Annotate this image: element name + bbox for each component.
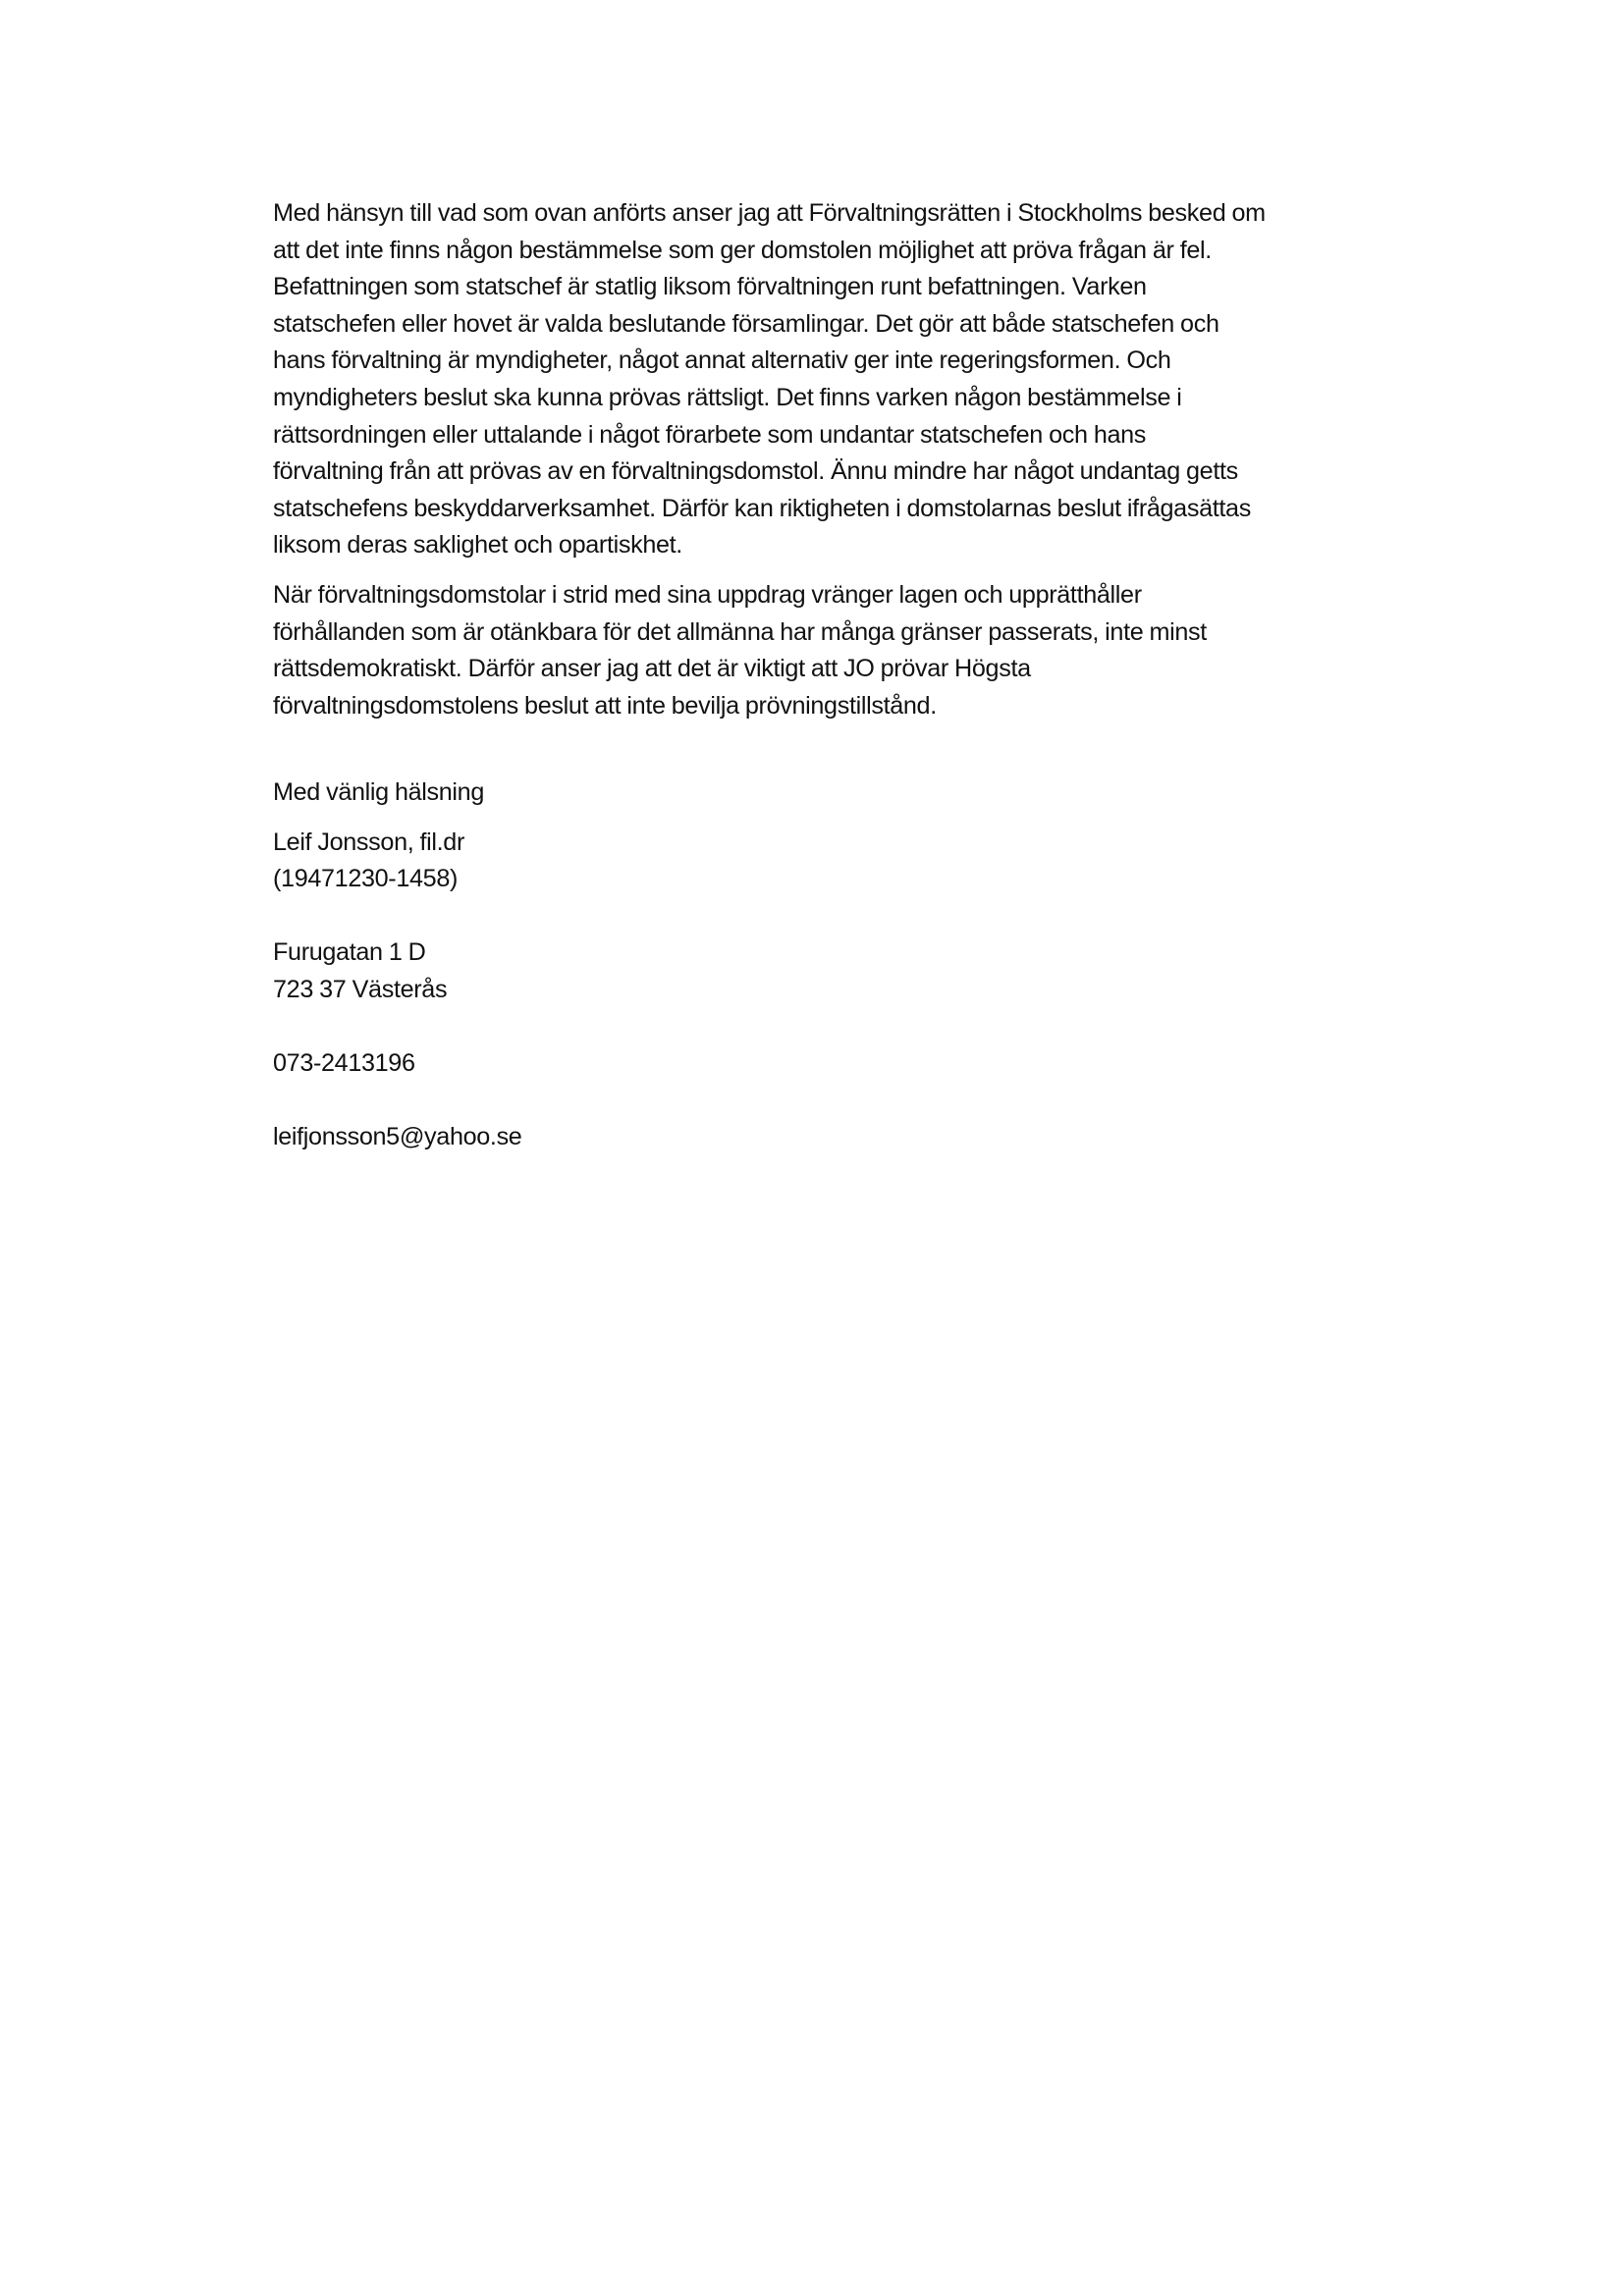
text-line: förhållanden som är otänkbara för det al…: [273, 614, 1451, 652]
text-line: Befattningen som statschef är statlig li…: [273, 269, 1451, 306]
email-address: leifjonsson5@yahoo.se: [273, 1119, 1451, 1156]
text-line: rättsdemokratiskt. Därför anser jag att …: [273, 651, 1451, 688]
text-line: rättsordningen eller uttalande i något f…: [273, 417, 1451, 454]
blank-line: [273, 724, 1451, 762]
address-street: Furugatan 1 D: [273, 934, 1451, 972]
document-page: Med hänsyn till vad som ovan anförts ans…: [0, 0, 1624, 2296]
email-block: leifjonsson5@yahoo.se: [273, 1119, 1451, 1156]
text-line: att det inte finns någon bestämmelse som…: [273, 233, 1451, 270]
address-postal-city: 723 37 Västerås: [273, 972, 1451, 1009]
text-line: hans förvaltning är myndigheter, något a…: [273, 343, 1451, 380]
paragraph-1: Med hänsyn till vad som ovan anförts ans…: [273, 195, 1451, 564]
phone-number: 073-2413196: [273, 1045, 1451, 1083]
signature-block: Leif Jonsson, fil.dr (19471230-1458): [273, 825, 1451, 898]
paragraph-spacing: [273, 762, 1451, 774]
text-line: statschefens beskyddarverksamhet. Därför…: [273, 491, 1451, 528]
signature-name: Leif Jonsson, fil.dr: [273, 825, 1451, 862]
paragraph-2: När förvaltningsdomstolar i strid med si…: [273, 577, 1451, 724]
text-line: När förvaltningsdomstolar i strid med si…: [273, 577, 1451, 614]
text-line: myndigheters beslut ska kunna prövas rät…: [273, 380, 1451, 417]
text-line: förvaltning från att prövas av en förval…: [273, 454, 1451, 491]
text-line: liksom deras saklighet och opartiskhet.: [273, 527, 1451, 564]
address-block: Furugatan 1 D 723 37 Västerås: [273, 934, 1451, 1008]
phone-block: 073-2413196: [273, 1045, 1451, 1083]
paragraph-spacing: [273, 812, 1451, 825]
paragraph-spacing: [273, 564, 1451, 577]
blank-line: [273, 1008, 1451, 1045]
letter-body: Med hänsyn till vad som ovan anförts ans…: [273, 195, 1451, 1156]
closing: Med vänlig hälsning: [273, 774, 1451, 812]
signature-personal-number: (19471230-1458): [273, 861, 1451, 898]
text-line: statschefen eller hovet är valda besluta…: [273, 306, 1451, 344]
blank-line: [273, 898, 1451, 935]
blank-line: [273, 1083, 1451, 1120]
closing-text: Med vänlig hälsning: [273, 774, 1451, 812]
text-line: Med hänsyn till vad som ovan anförts ans…: [273, 195, 1451, 233]
text-line: förvaltningsdomstolens beslut att inte b…: [273, 688, 1451, 725]
